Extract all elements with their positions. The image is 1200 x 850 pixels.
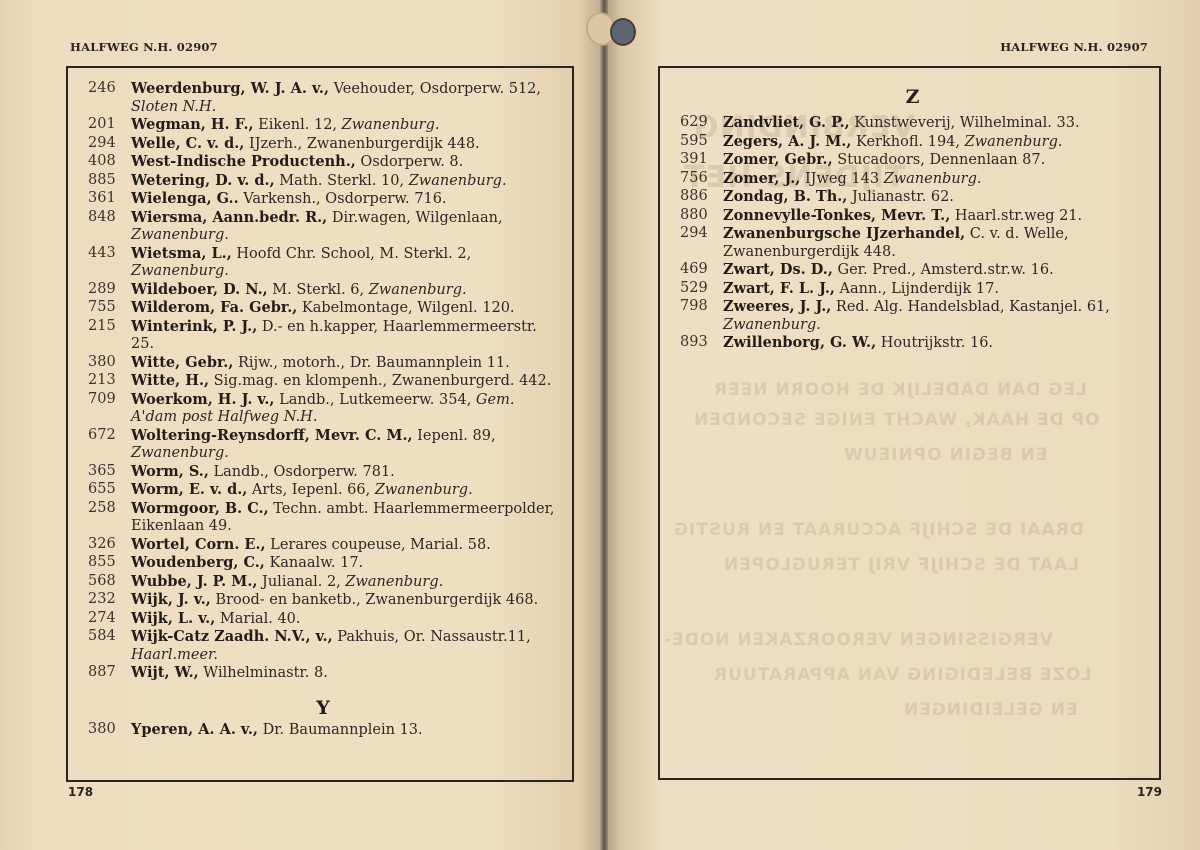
entry-details: Kabelmontage, Wilgenl. 120.	[297, 300, 514, 316]
phone-number: 294	[680, 225, 723, 261]
entry-details: Ger. Pred., Amsterd.str.w. 16.	[833, 262, 1054, 278]
phone-number: 380	[88, 354, 131, 373]
book-spread: HALFWEG N.H. 02907 246 Weerdenburg, W. J…	[0, 0, 1200, 850]
entry-name: Woudenberg, C.,	[131, 554, 265, 571]
section-letter-z: Z	[680, 86, 1145, 108]
directory-entry: 595 Zegers, A. J. M., Kerkhofl. 194, Zwa…	[680, 133, 1145, 152]
entry-text: Wijk-Catz Zaadh. N.V., v., Pakhuis, Or. …	[131, 628, 558, 664]
phone-number: 672	[88, 427, 131, 463]
entry-name: Wijt, W.,	[131, 664, 199, 681]
entry-details: Kerkhofl. 194,	[851, 134, 960, 150]
entry-details: M. Sterkl. 6,	[268, 282, 364, 298]
directory-entry: 709 Woerkom, H. J. v., Landb., Lutkemeer…	[88, 391, 558, 427]
entry-text: Wijk, J. v., Brood- en banketb., Zwanenb…	[131, 591, 558, 610]
entry-details: IJzerh., Zwanenburgerdijk 448.	[244, 136, 479, 152]
phone-number: 201	[88, 116, 131, 135]
phone-number: 326	[88, 536, 131, 555]
phone-number: 380	[88, 721, 131, 740]
entry-name: Wijk-Catz Zaadh. N.V., v.,	[131, 628, 333, 645]
entry-name: Worm, S.,	[131, 463, 209, 480]
directory-entry: 443 Wietsma, L., Hoofd Chr. School, M. S…	[88, 245, 558, 281]
phone-number: 215	[88, 318, 131, 354]
phone-number: 213	[88, 372, 131, 391]
entry-place: Haarl.meer.	[131, 647, 218, 663]
entry-text: West-Indische Productenh., Osdorperw. 8.	[131, 153, 558, 172]
binding-hole-icon	[610, 18, 636, 46]
entry-name: Zweeres, J. J.,	[723, 298, 831, 315]
entry-text: Zegers, A. J. M., Kerkhofl. 194, Zwanenb…	[723, 133, 1145, 152]
entry-text: Weerdenburg, W. J. A. v., Veehouder, Osd…	[131, 80, 558, 116]
entry-name: Zandvliet, G. P.,	[723, 114, 850, 131]
entry-text: Zandvliet, G. P., Kunstweverij, Wilhelmi…	[723, 114, 1145, 133]
phone-number: 529	[680, 280, 723, 299]
phone-number: 848	[88, 209, 131, 245]
directory-entry: 246 Weerdenburg, W. J. A. v., Veehouder,…	[88, 80, 558, 116]
entry-name: Zwanenburgsche IJzerhandel,	[723, 225, 965, 242]
directory-entry: 294 Welle, C. v. d., IJzerh., Zwanenburg…	[88, 135, 558, 154]
directory-entry: 213 Witte, H., Sig.mag. en klompenh., Zw…	[88, 372, 558, 391]
phone-number: 595	[680, 133, 723, 152]
entry-text: Wilderom, Fa. Gebr., Kabelmontage, Wilge…	[131, 299, 558, 318]
directory-entry: 215 Winterink, P. J., D.- en h.kapper, H…	[88, 318, 558, 354]
entry-details: Math. Sterkl. 10,	[275, 173, 404, 189]
entry-details: Varkensh., Osdorperw. 716.	[239, 191, 447, 207]
entry-place: Zwanenburg.	[131, 445, 229, 461]
phone-number: 893	[680, 334, 723, 353]
entry-name: West-Indische Productenh.,	[131, 153, 356, 170]
entry-text: Zonnevylle-Tonkes, Mevr. T., Haarl.str.w…	[723, 207, 1145, 226]
entry-name: Wubbe, J. P. M.,	[131, 573, 257, 590]
entry-text: Zwillenborg, G. W., Houtrijkstr. 16.	[723, 334, 1145, 353]
entry-name: Wildeboer, D. N.,	[131, 281, 268, 298]
directory-entry: 201 Wegman, H. F., Eikenl. 12, Zwanenbur…	[88, 116, 558, 135]
entry-details: Landb., Osdorperw. 781.	[209, 464, 395, 480]
entry-place: Sloten N.H.	[131, 99, 216, 115]
phone-number: 629	[680, 114, 723, 133]
entry-details: Kanaalw. 17.	[265, 555, 363, 571]
entry-name: Wietsma, L.,	[131, 245, 232, 262]
phone-number: 568	[88, 573, 131, 592]
phone-number: 258	[88, 500, 131, 536]
entry-name: Winterink, P. J.,	[131, 318, 257, 335]
right-page: VERBINDING TIJDENS HET LEG DAN DADELIJK …	[603, 0, 1200, 850]
entry-name: Woerkom, H. J. v.,	[131, 391, 275, 408]
phone-number: 798	[680, 298, 723, 334]
entry-text: Zondag, B. Th., Julianastr. 62.	[723, 188, 1145, 207]
book-gutter	[600, 0, 608, 850]
directory-entry: 798 Zweeres, J. J., Red. Alg. Handelsbla…	[680, 298, 1145, 334]
entry-name: Zomer, Gebr.,	[723, 151, 833, 168]
entry-name: Welle, C. v. d.,	[131, 135, 244, 152]
entry-place: Zwanenburg.	[409, 173, 507, 189]
entries-frame-right: Z 629 Zandvliet, G. P., Kunstweverij, Wi…	[658, 66, 1161, 780]
directory-entry: 289 Wildeboer, D. N., M. Sterkl. 6, Zwan…	[88, 281, 558, 300]
entry-name: Wegman, H. F.,	[131, 116, 254, 133]
entry-details: Red. Alg. Handelsblad, Kastanjel. 61,	[831, 299, 1110, 315]
entry-text: Zwart, F. L. J., Aann., Lijnderdijk 17.	[723, 280, 1145, 299]
section-letter-y: Y	[88, 697, 558, 719]
entry-details: IJweg 143	[800, 171, 879, 187]
directory-entry: 855 Woudenberg, C., Kanaalw. 17.	[88, 554, 558, 573]
running-head-left: HALFWEG N.H. 02907	[70, 40, 218, 54]
entry-details: Marial. 40.	[215, 611, 300, 627]
entry-text: Wormgoor, B. C., Techn. ambt. Haarlemmer…	[131, 500, 558, 536]
entry-details: Haarl.str.weg 21.	[950, 208, 1082, 224]
directory-entry: 893 Zwillenborg, G. W., Houtrijkstr. 16.	[680, 334, 1145, 353]
directory-entry: 887 Wijt, W., Wilhelminastr. 8.	[88, 664, 558, 683]
phone-number: 584	[88, 628, 131, 664]
entry-name: Wielenga, G..	[131, 190, 239, 207]
entry-text: Wijt, W., Wilhelminastr. 8.	[131, 664, 558, 683]
directory-entry: 361 Wielenga, G.. Varkensh., Osdorperw. …	[88, 190, 558, 209]
directory-entry: 274 Wijk, L. v., Marial. 40.	[88, 610, 558, 629]
entry-name: Wijk, J. v.,	[131, 591, 211, 608]
phone-number: 709	[88, 391, 131, 427]
running-head-right: HALFWEG N.H. 02907	[1000, 40, 1148, 54]
phone-number: 469	[680, 261, 723, 280]
entries-frame-left: 246 Weerdenburg, W. J. A. v., Veehouder,…	[66, 66, 574, 782]
directory-entry: 886 Zondag, B. Th., Julianastr. 62.	[680, 188, 1145, 207]
entry-text: Wijk, L. v., Marial. 40.	[131, 610, 558, 629]
phone-number: 274	[88, 610, 131, 629]
directory-entry: 584 Wijk-Catz Zaadh. N.V., v., Pakhuis, …	[88, 628, 558, 664]
entry-name: Zondag, B. Th.,	[723, 188, 847, 205]
entry-name: Worm, E. v. d.,	[131, 481, 247, 498]
phone-number: 880	[680, 207, 723, 226]
entry-name: Wilderom, Fa. Gebr.,	[131, 299, 297, 316]
entry-text: Witte, H., Sig.mag. en klompenh., Zwanen…	[131, 372, 558, 391]
directory-entry: 408 West-Indische Productenh., Osdorperw…	[88, 153, 558, 172]
entry-name: Wetering, D. v. d.,	[131, 172, 275, 189]
directory-entry: 848 Wiersma, Aann.bedr. R., Dir.wagen, W…	[88, 209, 558, 245]
entry-text: Zwart, Ds. D., Ger. Pred., Amsterd.str.w…	[723, 261, 1145, 280]
entry-name: Zwillenborg, G. W.,	[723, 334, 876, 351]
entry-details: Landb., Lutkemeerw. 354,	[275, 392, 472, 408]
entry-name: Zomer, J.,	[723, 170, 800, 187]
directory-entry: 258 Wormgoor, B. C., Techn. ambt. Haarle…	[88, 500, 558, 536]
entry-text: Zomer, J., IJweg 143 Zwanenburg.	[723, 170, 1145, 189]
entry-text: Wegman, H. F., Eikenl. 12, Zwanenburg.	[131, 116, 558, 135]
entry-text: Wortel, Corn. E., Lerares coupeuse, Mari…	[131, 536, 558, 555]
entry-details: Pakhuis, Or. Nassaustr.11,	[333, 629, 531, 645]
entry-details: Wilhelminastr. 8.	[199, 665, 328, 681]
entry-text: Zomer, Gebr., Stucadoors, Dennenlaan 87.	[723, 151, 1145, 170]
entry-details: Lerares coupeuse, Marial. 58.	[266, 537, 491, 553]
entries-list-right: Z 629 Zandvliet, G. P., Kunstweverij, Wi…	[660, 68, 1159, 353]
entry-text: Wetering, D. v. d., Math. Sterkl. 10, Zw…	[131, 172, 558, 191]
entry-text: Worm, E. v. d., Arts, Iepenl. 66, Zwanen…	[131, 481, 558, 500]
directory-entry: 529 Zwart, F. L. J., Aann., Lijnderdijk …	[680, 280, 1145, 299]
directory-entry: 880 Zonnevylle-Tonkes, Mevr. T., Haarl.s…	[680, 207, 1145, 226]
directory-entry: 232 Wijk, J. v., Brood- en banketb., Zwa…	[88, 591, 558, 610]
entry-name: Woltering-Reynsdorff, Mevr. C. M.,	[131, 427, 413, 444]
entry-details: Arts, Iepenl. 66,	[247, 482, 370, 498]
entry-name: Witte, Gebr.,	[131, 354, 233, 371]
directory-entry: 294 Zwanenburgsche IJzerhandel, C. v. d.…	[680, 225, 1145, 261]
entry-text: Zwanenburgsche IJzerhandel, C. v. d. Wel…	[723, 225, 1145, 261]
phone-number: 361	[88, 190, 131, 209]
entry-place: Zwanenburg.	[375, 482, 473, 498]
entry-name: Zonnevylle-Tonkes, Mevr. T.,	[723, 207, 950, 224]
entry-place: Zwanenburg.	[723, 317, 821, 333]
entry-details: Hoofd Chr. School, M. Sterkl. 2,	[232, 246, 471, 262]
entries-list-left: 246 Weerdenburg, W. J. A. v., Veehouder,…	[68, 68, 572, 739]
phone-number: 232	[88, 591, 131, 610]
directory-entry: 380 Yperen, A. A. v., Dr. Baumannplein 1…	[88, 721, 558, 740]
entry-name: Witte, H.,	[131, 372, 209, 389]
entry-details: Kunstweverij, Wilhelminal. 33.	[850, 115, 1080, 131]
entry-text: Witte, Gebr., Rijw., motorh., Dr. Bauman…	[131, 354, 558, 373]
entry-details: Dr. Baumannplein 13.	[258, 722, 423, 738]
entry-place: Zwanenburg.	[345, 574, 443, 590]
entry-name: Weerdenburg, W. J. A. v.,	[131, 80, 329, 97]
entry-text: Yperen, A. A. v., Dr. Baumannplein 13.	[131, 721, 558, 740]
entry-text: Woltering-Reynsdorff, Mevr. C. M., Iepen…	[131, 427, 558, 463]
entry-details: Houtrijkstr. 16.	[876, 335, 993, 351]
entry-details: Stucadoors, Dennenlaan 87.	[833, 152, 1046, 168]
entry-place: Zwanenburg.	[342, 117, 440, 133]
entry-details: Osdorperw. 8.	[356, 154, 463, 170]
entry-place: Zwanenburg.	[369, 282, 467, 298]
entry-name: Wortel, Corn. E.,	[131, 536, 266, 553]
entry-details: Iepenl. 89,	[413, 428, 496, 444]
phone-number: 755	[88, 299, 131, 318]
phone-number: 886	[680, 188, 723, 207]
phone-number: 391	[680, 151, 723, 170]
entry-place: Zwanenburg.	[131, 263, 229, 279]
entry-details: Rijw., motorh., Dr. Baumannplein 11.	[233, 355, 509, 371]
directory-entry: 380 Witte, Gebr., Rijw., motorh., Dr. Ba…	[88, 354, 558, 373]
entry-text: Woerkom, H. J. v., Landb., Lutkemeerw. 3…	[131, 391, 558, 427]
entry-name: Zegers, A. J. M.,	[723, 133, 851, 150]
entry-text: Wiersma, Aann.bedr. R., Dir.wagen, Wilge…	[131, 209, 558, 245]
entry-place: Zwanenburg.	[884, 171, 982, 187]
entry-text: Wielenga, G.. Varkensh., Osdorperw. 716.	[131, 190, 558, 209]
entry-text: Zweeres, J. J., Red. Alg. Handelsblad, K…	[723, 298, 1145, 334]
phone-number: 289	[88, 281, 131, 300]
phone-number: 365	[88, 463, 131, 482]
entry-details: Brood- en banketb., Zwanenburgerdijk 468…	[211, 592, 538, 608]
entry-name: Wiersma, Aann.bedr. R.,	[131, 209, 327, 226]
entry-place: Zwanenburg.	[965, 134, 1063, 150]
phone-number: 294	[88, 135, 131, 154]
directory-entry: 568 Wubbe, J. P. M., Julianal. 2, Zwanen…	[88, 573, 558, 592]
entry-text: Wubbe, J. P. M., Julianal. 2, Zwanenburg…	[131, 573, 558, 592]
entry-place: Zwanenburg.	[131, 227, 229, 243]
page-number-left: 178	[68, 785, 93, 799]
directory-entry: 365 Worm, S., Landb., Osdorperw. 781.	[88, 463, 558, 482]
entry-text: Woudenberg, C., Kanaalw. 17.	[131, 554, 558, 573]
entry-text: Welle, C. v. d., IJzerh., Zwanenburgerdi…	[131, 135, 558, 154]
entry-text: Winterink, P. J., D.- en h.kapper, Haarl…	[131, 318, 558, 354]
entry-details: Eikenl. 12,	[254, 117, 337, 133]
entry-details: Julianal. 2,	[257, 574, 340, 590]
entry-details: Aann., Lijnderdijk 17.	[835, 281, 999, 297]
left-page: HALFWEG N.H. 02907 246 Weerdenburg, W. J…	[0, 0, 603, 850]
entry-name: Zwart, Ds. D.,	[723, 261, 833, 278]
directory-entry: 629 Zandvliet, G. P., Kunstweverij, Wilh…	[680, 114, 1145, 133]
entry-details: Julianastr. 62.	[847, 189, 954, 205]
phone-number: 443	[88, 245, 131, 281]
directory-entry: 326 Wortel, Corn. E., Lerares coupeuse, …	[88, 536, 558, 555]
phone-number: 655	[88, 481, 131, 500]
entry-details: Veehouder, Osdorperw. 512,	[329, 81, 541, 97]
entry-name: Zwart, F. L. J.,	[723, 280, 835, 297]
phone-number: 246	[88, 80, 131, 116]
entry-text: Wietsma, L., Hoofd Chr. School, M. Sterk…	[131, 245, 558, 281]
phone-number: 408	[88, 153, 131, 172]
directory-entry: 469 Zwart, Ds. D., Ger. Pred., Amsterd.s…	[680, 261, 1145, 280]
directory-entry: 391 Zomer, Gebr., Stucadoors, Dennenlaan…	[680, 151, 1145, 170]
entry-text: Worm, S., Landb., Osdorperw. 781.	[131, 463, 558, 482]
entry-name: Wijk, L. v.,	[131, 610, 215, 627]
entry-name: Wormgoor, B. C.,	[131, 500, 269, 517]
page-number-right: 179	[1137, 785, 1162, 799]
directory-entry: 672 Woltering-Reynsdorff, Mevr. C. M., I…	[88, 427, 558, 463]
entry-details: Sig.mag. en klompenh., Zwanenburgerd. 44…	[209, 373, 551, 389]
directory-entry: 755 Wilderom, Fa. Gebr., Kabelmontage, W…	[88, 299, 558, 318]
directory-entry: 756 Zomer, J., IJweg 143 Zwanenburg.	[680, 170, 1145, 189]
directory-entry: 885 Wetering, D. v. d., Math. Sterkl. 10…	[88, 172, 558, 191]
phone-number: 756	[680, 170, 723, 189]
phone-number: 885	[88, 172, 131, 191]
directory-entry: 655 Worm, E. v. d., Arts, Iepenl. 66, Zw…	[88, 481, 558, 500]
entry-name: Yperen, A. A. v.,	[131, 721, 258, 738]
phone-number: 887	[88, 664, 131, 683]
phone-number: 855	[88, 554, 131, 573]
entry-details: Dir.wagen, Wilgenlaan,	[327, 210, 502, 226]
entry-text: Wildeboer, D. N., M. Sterkl. 6, Zwanenbu…	[131, 281, 558, 300]
